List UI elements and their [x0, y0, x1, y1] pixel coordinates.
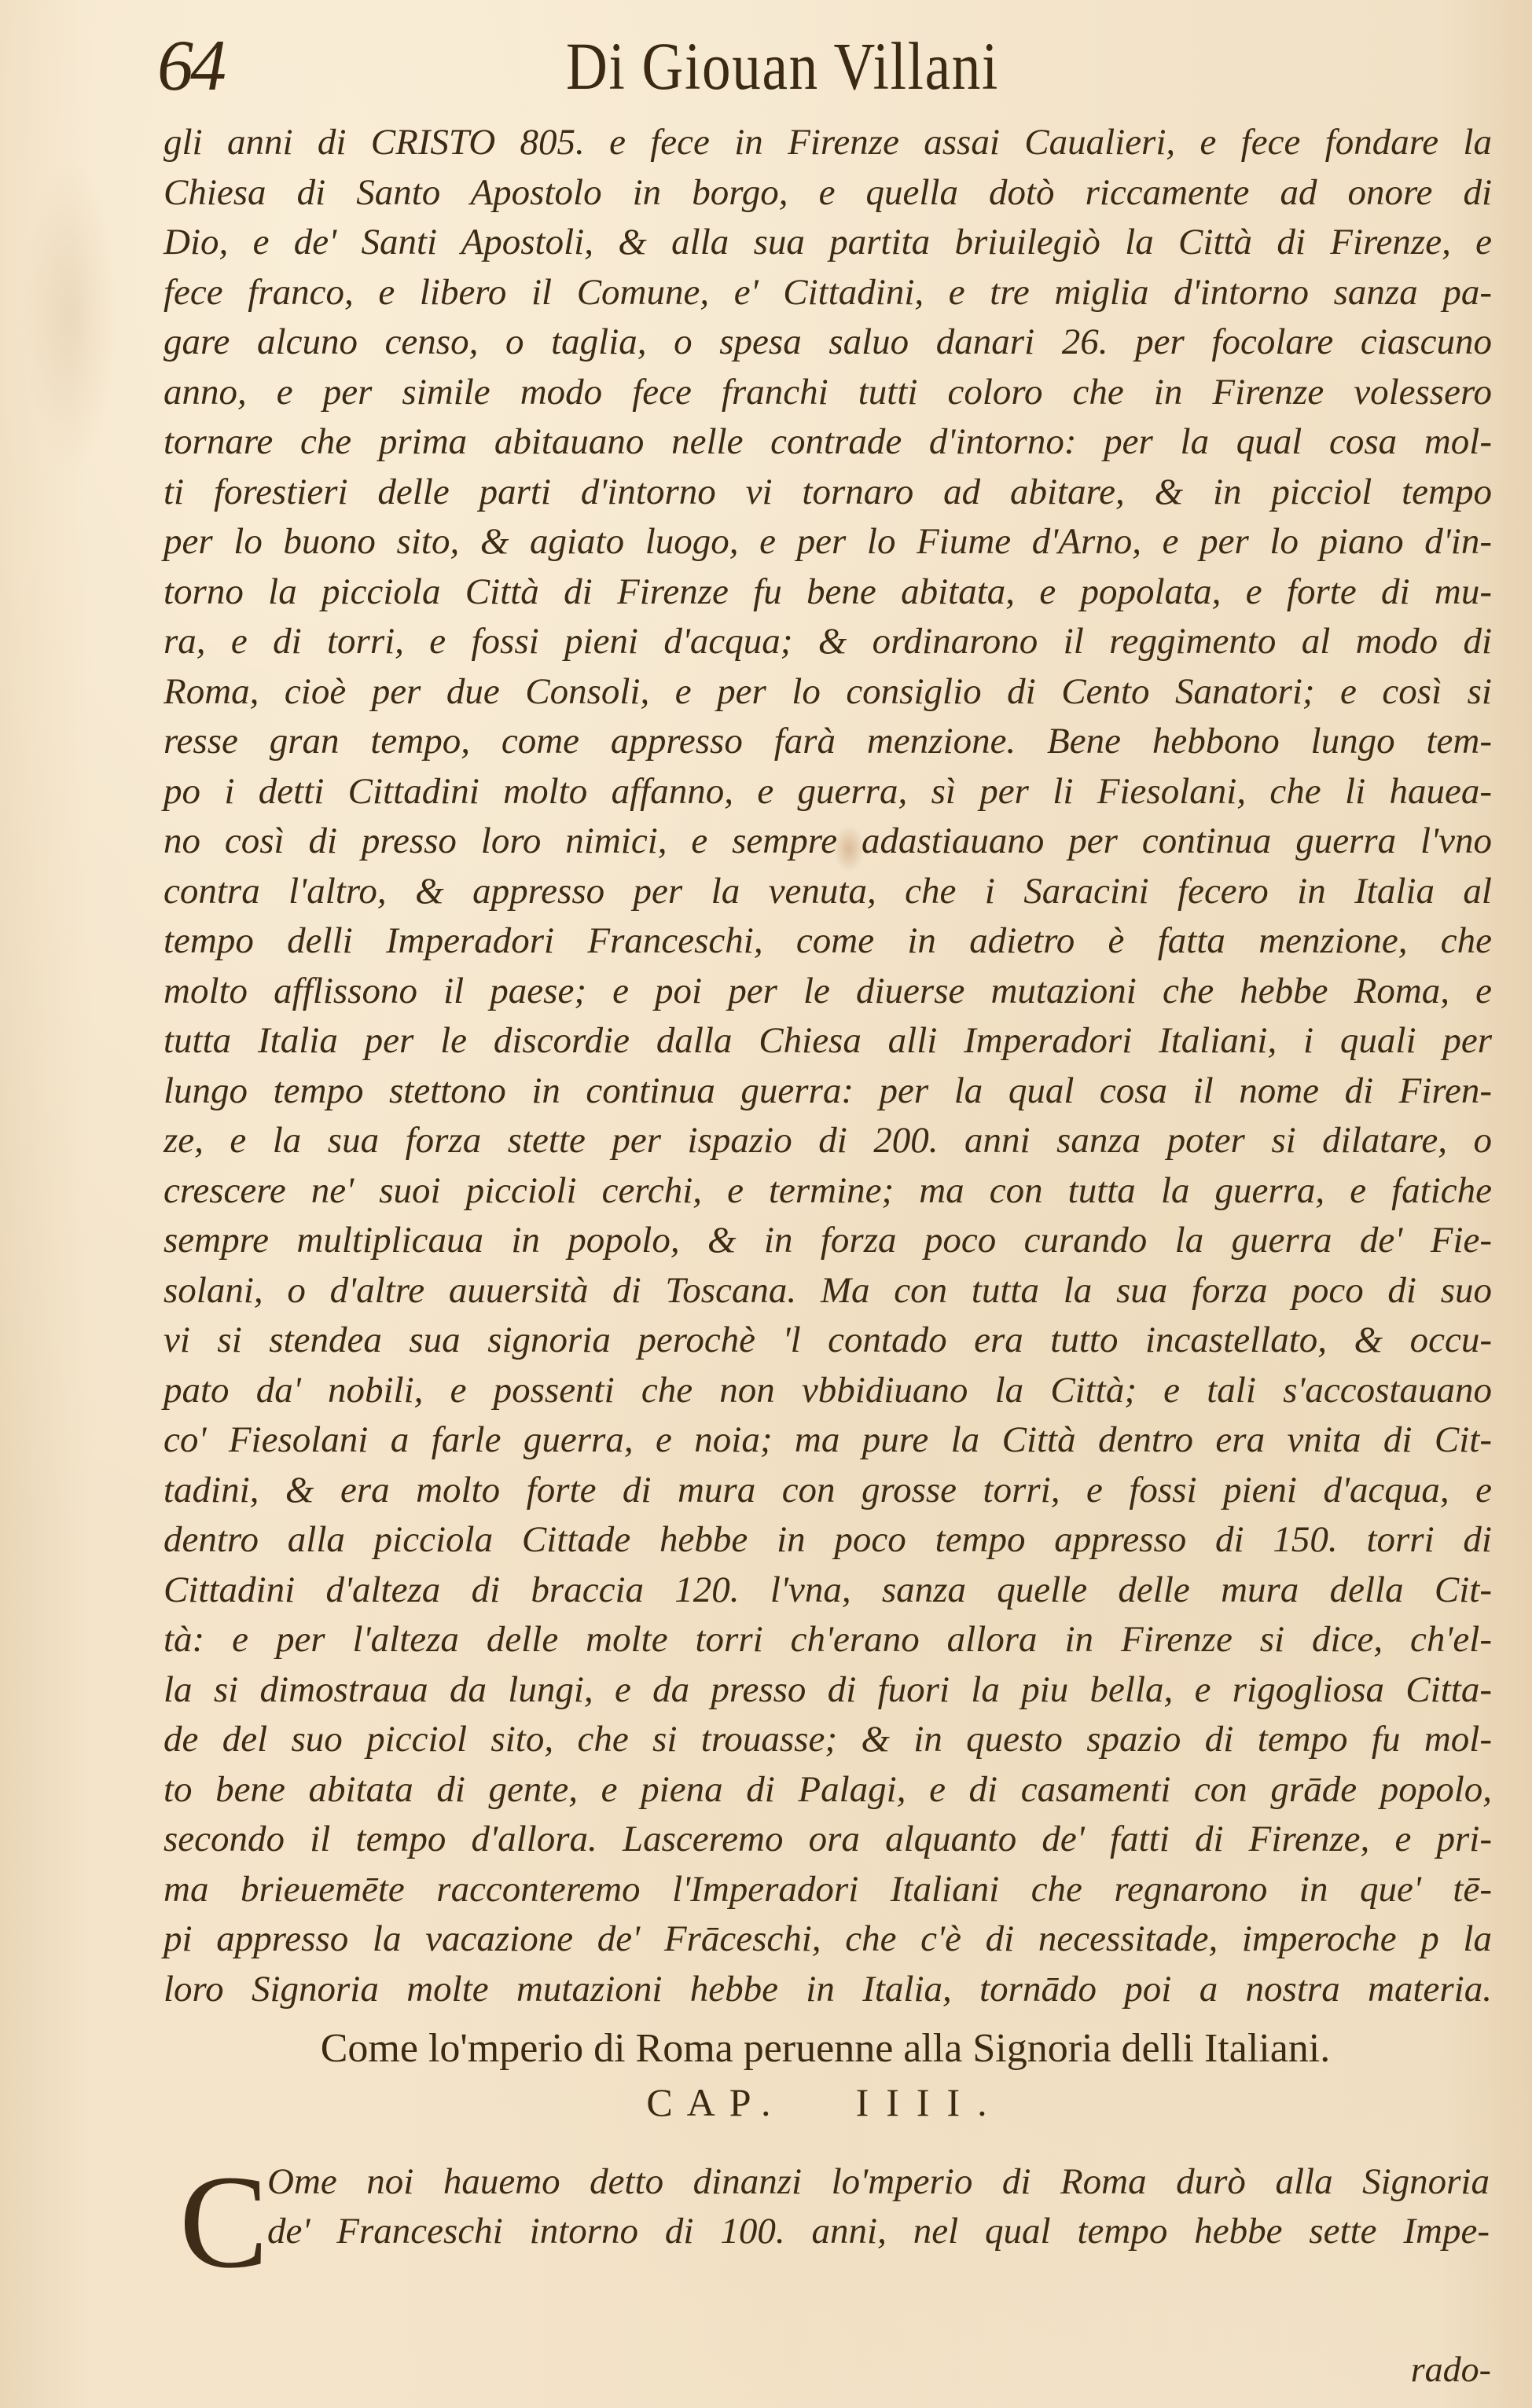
text-line: Roma, cioè per due Consoli, e per lo con… — [163, 667, 1492, 718]
text-line: Dio, e de' Santi Apostoli, & alla sua pa… — [163, 218, 1492, 268]
opening-text: Ome noi hauemo detto dinanzi lo'mperio d… — [267, 2157, 1490, 2256]
text-line: fece franco, e libero il Comune, e' Citt… — [163, 268, 1492, 318]
text-line: tadini, & era molto forte di mura con gr… — [163, 1466, 1492, 1516]
text-line: tempo delli Imperadori Franceschi, come … — [163, 916, 1492, 967]
text-line: tornare che prima abitauano nelle contra… — [163, 417, 1492, 468]
chapter-label: CAP. — [646, 2080, 784, 2124]
text-line: anno, e per simile modo fece franchi tut… — [163, 368, 1492, 418]
text-line: co' Fiesolani a farle guerra, e noia; ma… — [163, 1415, 1492, 1466]
text-line: ma brieuemēte racconteremo l'Imperadori … — [163, 1865, 1492, 1915]
text-line: solani, o d'altre auuersità di Toscana. … — [163, 1266, 1492, 1316]
text-line: lungo tempo stettono in continua guerra:… — [163, 1066, 1492, 1117]
chapter-opening: C Ome noi hauemo detto dinanzi lo'mperio… — [157, 2157, 1493, 2362]
text-line: contra l'altro, & appresso per la venuta… — [163, 867, 1492, 917]
text-line: dentro alla picciola Cittade hebbe in po… — [163, 1515, 1492, 1566]
text-line: resse gran tempo, come appresso farà men… — [163, 717, 1492, 767]
running-title: Di Giouan Villani — [566, 27, 999, 105]
text-line: ti forestieri delle parti d'intorno vi t… — [163, 468, 1492, 518]
text-line: no così di presso loro nimici, e sempre … — [163, 817, 1492, 867]
text-line: Chiesa di Santo Apostolo in borgo, e que… — [163, 168, 1492, 218]
text-line: de' Franceschi intorno di 100. anni, nel… — [267, 2207, 1490, 2256]
text-line: Cittadini d'alteza di braccia 120. l'vna… — [163, 1566, 1492, 1616]
text-line: ra, e di torri, e fossi pieni d'acqua; &… — [163, 617, 1492, 667]
text-line: po i detti Cittadini molto affanno, e gu… — [163, 767, 1492, 817]
text-line: tà: e per l'alteza delle molte torri ch'… — [163, 1615, 1492, 1665]
text-line: crescere ne' suoi piccioli cerchi, e ter… — [163, 1166, 1492, 1217]
text-line: sempre multiplicaua in popolo, & in forz… — [163, 1216, 1492, 1266]
drop-cap: C — [179, 2159, 268, 2285]
page-number: 64 — [157, 24, 223, 107]
text-line: loro Signoria molte mutazioni hebbe in I… — [163, 1965, 1492, 2015]
text-line: torno la picciola Città di Firenze fu be… — [163, 567, 1492, 618]
paper-shading — [24, 157, 118, 472]
chapter-numeral: IIII. — [856, 2080, 1005, 2124]
text-line: to bene abitata di gente, e piena di Pal… — [163, 1765, 1492, 1815]
text-line: de del suo picciol sito, che si trouasse… — [163, 1715, 1492, 1765]
text-line: vi si stendea sua signoria perochè 'l co… — [163, 1316, 1492, 1366]
text-line: la si dimostraua da lungi, e da presso d… — [163, 1665, 1492, 1716]
body-text: gli anni di CRISTO 805. e fece in Firenz… — [163, 118, 1492, 2014]
text-line: gare alcuno censo, o taglia, o spesa sal… — [163, 318, 1492, 368]
text-line: secondo il tempo d'allora. Lasceremo ora… — [163, 1815, 1492, 1865]
chapter-number: CAP.IIII. — [157, 2077, 1493, 2127]
text-line: Ome noi hauemo detto dinanzi lo'mperio d… — [267, 2157, 1490, 2207]
chapter-title: Come lo'mperio di Roma peruenne alla Sig… — [157, 2024, 1493, 2074]
catchword: rado- — [1411, 2348, 1491, 2390]
chapter-heading: Come lo'mperio di Roma peruenne alla Sig… — [157, 2024, 1493, 2127]
running-head: 64 Di Giouan Villani — [157, 24, 1493, 110]
text-line: per lo buono sito, & agiato luogo, e per… — [163, 517, 1492, 567]
text-line: ze, e la sua forza stette per ispazio di… — [163, 1116, 1492, 1166]
book-page: 64 Di Giouan Villani gli anni di CRISTO … — [0, 0, 1532, 2408]
text-line: pi appresso la vacazione de' Frāceschi, … — [163, 1914, 1492, 1965]
text-line: molto afflissono il paese; e poi per le … — [163, 967, 1492, 1017]
text-line: tutta Italia per le discordie dalla Chie… — [163, 1016, 1492, 1066]
text-line: pato da' nobili, e possenti che non vbbi… — [163, 1366, 1492, 1416]
text-line: gli anni di CRISTO 805. e fece in Firenz… — [163, 118, 1492, 168]
